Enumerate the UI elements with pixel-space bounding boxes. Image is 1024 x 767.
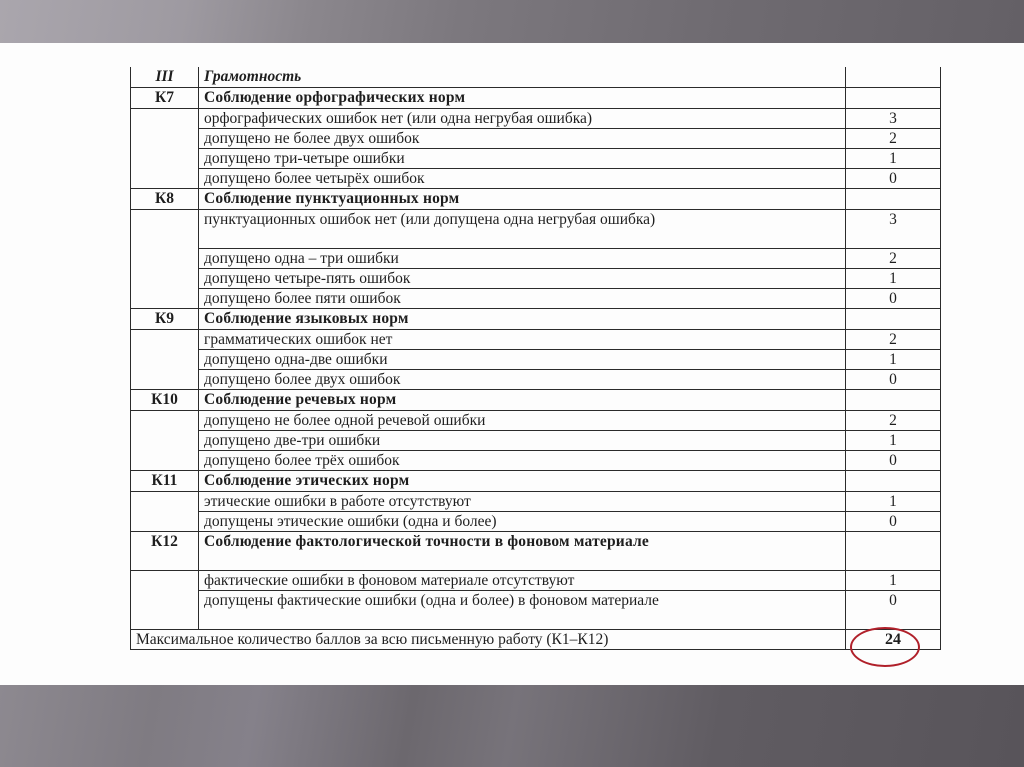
- criterion-item-text: этические ошибки в работе отсутствуют: [199, 492, 846, 512]
- criterion-item-text: допущено более пяти ошибок: [199, 289, 846, 309]
- criterion-row: К7Соблюдение орфографических норм: [131, 88, 941, 109]
- criterion-code-spacer: [131, 210, 199, 309]
- criterion-item-row: допущено четыре-пять ошибок1: [131, 269, 941, 289]
- criterion-item-score: 1: [846, 149, 941, 169]
- criterion-item-row: допущены этические ошибки (одна и более)…: [131, 512, 941, 532]
- section-score-cell: [846, 67, 941, 88]
- criterion-item-row: допущено три-четыре ошибки1: [131, 149, 941, 169]
- criterion-item-row: орфографических ошибок нет (или одна нег…: [131, 109, 941, 129]
- criterion-item-text: пунктуационных ошибок нет (или допущена …: [199, 210, 846, 249]
- criterion-title: Соблюдение языковых норм: [199, 309, 846, 330]
- criterion-item-score: 0: [846, 370, 941, 390]
- criterion-row: К8Соблюдение пунктуационных норм: [131, 189, 941, 210]
- criterion-code-spacer: [131, 571, 199, 630]
- criterion-code: К9: [131, 309, 199, 330]
- criterion-score-cell: [846, 189, 941, 210]
- criterion-title: Соблюдение этических норм: [199, 471, 846, 492]
- criterion-item-row: этические ошибки в работе отсутствуют1: [131, 492, 941, 512]
- total-row: Максимальное количество баллов за всю пи…: [131, 630, 941, 650]
- criterion-code: К11: [131, 471, 199, 492]
- criterion-item-row: допущено одна-две ошибки1: [131, 350, 941, 370]
- criterion-item-score: 3: [846, 109, 941, 129]
- criterion-item-score: 3: [846, 210, 941, 249]
- criterion-title: Соблюдение речевых норм: [199, 390, 846, 411]
- criterion-item-score: 1: [846, 350, 941, 370]
- criterion-item-row: допущено две-три ошибки1: [131, 431, 941, 451]
- criterion-item-text: допущено не более одной речевой ошибки: [199, 411, 846, 431]
- criterion-item-score: 2: [846, 330, 941, 350]
- criterion-item-text: допущено более двух ошибок: [199, 370, 846, 390]
- grading-criteria-table: III Грамотность К7Соблюдение орфографиче…: [130, 67, 941, 650]
- criterion-item-text: допущено не более двух ошибок: [199, 129, 846, 149]
- section-code: III: [131, 67, 199, 88]
- criterion-item-score: 0: [846, 512, 941, 532]
- criterion-code-spacer: [131, 492, 199, 532]
- criterion-row: К11Соблюдение этических норм: [131, 471, 941, 492]
- criterion-title: Соблюдение пунктуационных норм: [199, 189, 846, 210]
- criterion-item-score: 0: [846, 289, 941, 309]
- criterion-score-cell: [846, 309, 941, 330]
- criterion-title: Соблюдение фактологической точности в фо…: [199, 532, 846, 571]
- criterion-item-row: допущено не более одной речевой ошибки2: [131, 411, 941, 431]
- criterion-item-text: допущено одна-две ошибки: [199, 350, 846, 370]
- section-header-row: III Грамотность: [131, 67, 941, 88]
- criterion-item-score: 2: [846, 129, 941, 149]
- criterion-item-text: допущено более четырёх ошибок: [199, 169, 846, 189]
- criterion-code: К10: [131, 390, 199, 411]
- criterion-item-text: фактические ошибки в фоновом материале о…: [199, 571, 846, 591]
- criterion-code: К7: [131, 88, 199, 109]
- criterion-item-row: допущены фактические ошибки (одна и боле…: [131, 591, 941, 630]
- section-title: Грамотность: [199, 67, 846, 88]
- criterion-score-cell: [846, 471, 941, 492]
- criterion-row: К9Соблюдение языковых норм: [131, 309, 941, 330]
- criterion-item-score: 0: [846, 169, 941, 189]
- total-label: Максимальное количество баллов за всю пи…: [131, 630, 846, 650]
- criterion-item-score: 2: [846, 249, 941, 269]
- criterion-item-score: 2: [846, 411, 941, 431]
- criterion-code: К12: [131, 532, 199, 571]
- criterion-item-row: фактические ошибки в фоновом материале о…: [131, 571, 941, 591]
- highlight-circle: [850, 627, 920, 667]
- criterion-code: К8: [131, 189, 199, 210]
- criterion-code-spacer: [131, 330, 199, 390]
- criterion-item-row: пунктуационных ошибок нет (или допущена …: [131, 210, 941, 249]
- criterion-item-text: допущены этические ошибки (одна и более): [199, 512, 846, 532]
- criterion-item-text: допущены фактические ошибки (одна и боле…: [199, 591, 846, 630]
- criterion-item-row: допущено более трёх ошибок0: [131, 451, 941, 471]
- criterion-item-row: допущено одна – три ошибки2: [131, 249, 941, 269]
- criterion-item-score: 1: [846, 492, 941, 512]
- total-score-cell: 24: [846, 630, 941, 650]
- criterion-code-spacer: [131, 411, 199, 471]
- criterion-item-score: 0: [846, 451, 941, 471]
- criterion-item-text: грамматических ошибок нет: [199, 330, 846, 350]
- slide-bottom-bar: [0, 685, 1024, 767]
- criterion-item-row: допущено не более двух ошибок2: [131, 129, 941, 149]
- criterion-item-row: допущено более четырёх ошибок0: [131, 169, 941, 189]
- slide-top-bar: [0, 0, 1024, 43]
- criterion-score-cell: [846, 390, 941, 411]
- criterion-item-score: 0: [846, 591, 941, 630]
- criterion-item-row: грамматических ошибок нет2: [131, 330, 941, 350]
- criterion-item-text: допущено более трёх ошибок: [199, 451, 846, 471]
- criterion-item-score: 1: [846, 431, 941, 451]
- criterion-row: К10Соблюдение речевых норм: [131, 390, 941, 411]
- criterion-item-text: допущено три-четыре ошибки: [199, 149, 846, 169]
- criterion-item-text: допущено две-три ошибки: [199, 431, 846, 451]
- criterion-score-cell: [846, 532, 941, 571]
- criterion-title: Соблюдение орфографических норм: [199, 88, 846, 109]
- criterion-item-text: орфографических ошибок нет (или одна нег…: [199, 109, 846, 129]
- criterion-code-spacer: [131, 109, 199, 189]
- criterion-item-row: допущено более двух ошибок0: [131, 370, 941, 390]
- criterion-item-text: допущено четыре-пять ошибок: [199, 269, 846, 289]
- criterion-score-cell: [846, 88, 941, 109]
- criterion-row: К12Соблюдение фактологической точности в…: [131, 532, 941, 571]
- criterion-item-score: 1: [846, 571, 941, 591]
- criterion-item-text: допущено одна – три ошибки: [199, 249, 846, 269]
- criterion-item-score: 1: [846, 269, 941, 289]
- criterion-item-row: допущено более пяти ошибок0: [131, 289, 941, 309]
